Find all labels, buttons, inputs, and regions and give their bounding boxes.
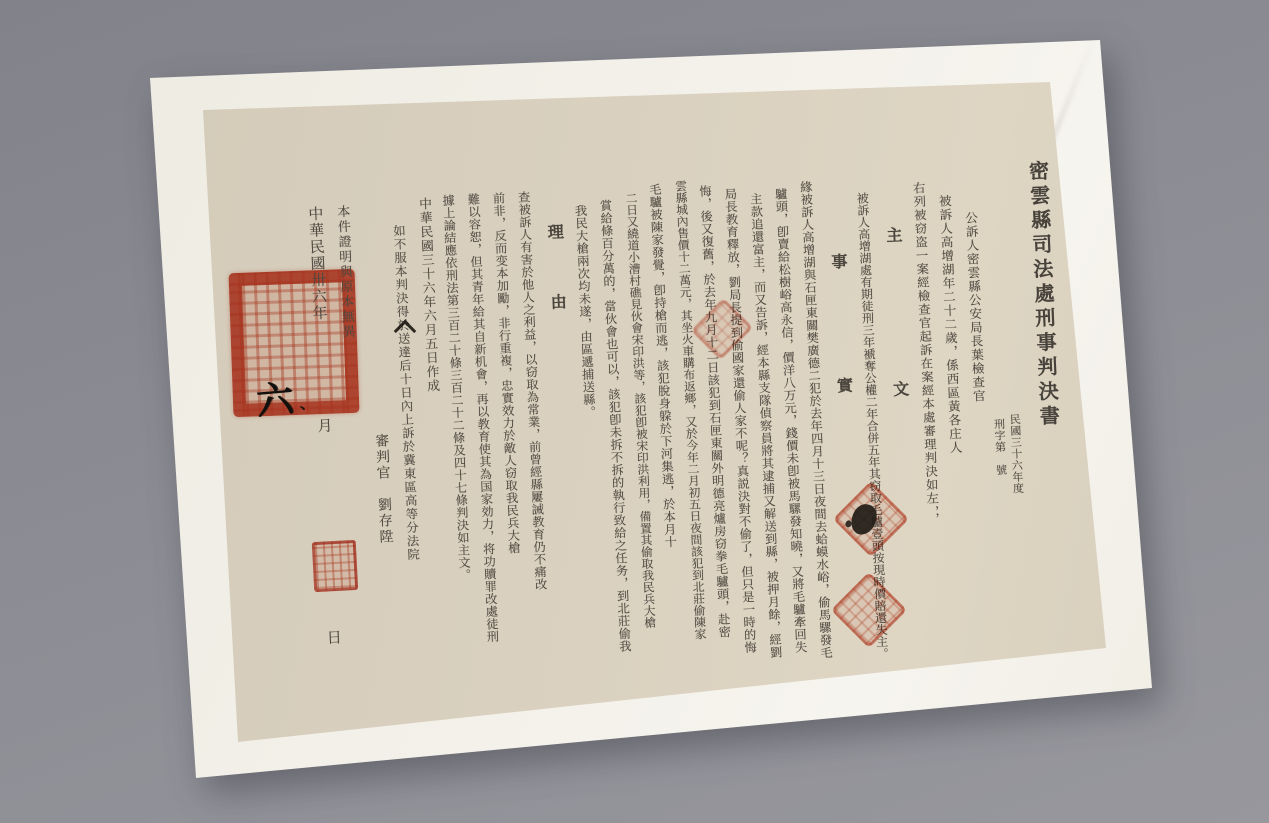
day-char: 日 [324, 629, 343, 646]
judge-name-seal [312, 540, 359, 592]
certification-year: 中華民國卅六年 [306, 206, 329, 322]
photo-scene: 密雲縣司法處刑事判決書 民國三十六年度 刑字第 號 公訴人密雲縣公安局長葉檢查官… [0, 0, 1269, 823]
judgment-text: 密雲縣司法處刑事判決書 民國三十六年度 刑字第 號 公訴人密雲縣公安局長葉檢查官… [236, 112, 1071, 747]
month-char: 月 [315, 417, 334, 434]
handwritten-month-numeral: 六 [254, 368, 296, 425]
